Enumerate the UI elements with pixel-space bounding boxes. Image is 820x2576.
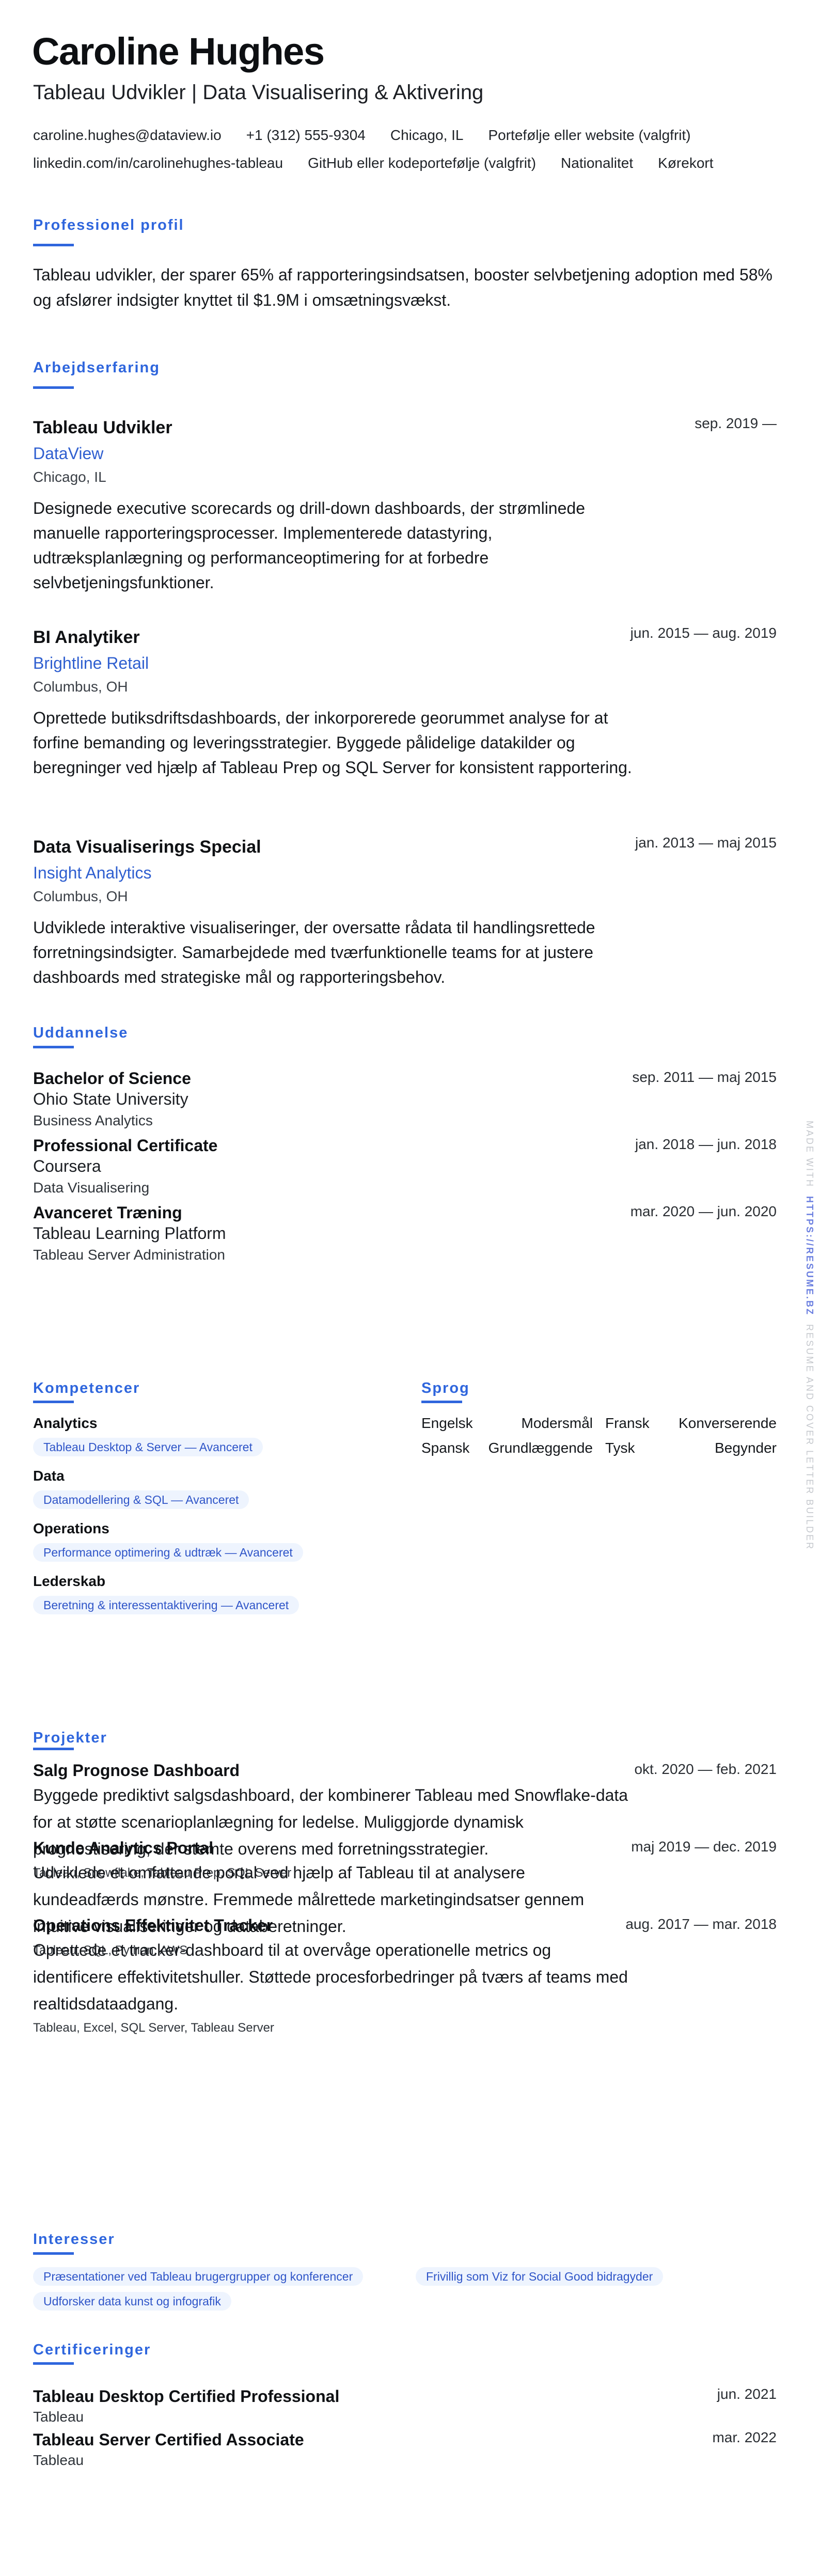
candidate-headline: Tableau Udvikler | Data Visualisering & … <box>33 78 483 106</box>
contact-email[interactable]: caroline.hughes@dataview.io <box>33 125 222 146</box>
contact-row-1: caroline.hughes@dataview.io +1 (312) 555… <box>33 125 787 146</box>
interest-pill: Udforsker data kunst og infografik <box>33 2292 231 2311</box>
job-location: Columbus, OH <box>33 886 128 907</box>
profile-summary: Tableau udvikler, der sparer 65% af rapp… <box>33 262 777 313</box>
section-divider <box>33 244 74 246</box>
builder-watermark: MADE WITH HTTPS://RESUME.BZ RESUME AND C… <box>795 1121 816 1554</box>
section-divider <box>33 1748 74 1750</box>
skill-pill: Performance optimering & udtræk — Avance… <box>33 1543 303 1562</box>
contact-location: Chicago, IL <box>390 125 464 146</box>
project-date: aug. 2017 — mar. 2018 <box>625 1914 777 1935</box>
section-title-projects: Projekter <box>33 1727 107 1748</box>
project-date: okt. 2020 — feb. 2021 <box>634 1759 777 1780</box>
job-description: Oprettede butiksdriftsdashboards, der in… <box>33 705 632 780</box>
language-level: Begynder <box>715 1438 777 1458</box>
certification-name: Tableau Desktop Certified Professional <box>33 2385 339 2408</box>
job-date: jan. 2013 — maj 2015 <box>635 833 777 853</box>
education-date: jan. 2018 — jun. 2018 <box>635 1134 777 1155</box>
language-level: Modersmål <box>522 1413 593 1434</box>
project-name: Operations Effektivitet Tracker <box>33 1914 273 1937</box>
degree: Avanceret Træning <box>33 1201 182 1224</box>
certification-date: jun. 2021 <box>717 2384 777 2405</box>
skill-pill: Beretning & interessentaktivering — Avan… <box>33 1596 299 1614</box>
project-name: Kunde Analytics Portal <box>33 1836 213 1859</box>
job-location: Chicago, IL <box>33 467 106 488</box>
watermark-suffix: RESUME AND COVER LETTER BUILDER <box>805 1324 815 1550</box>
contact-row-2: linkedin.com/in/carolinehughes-tableau G… <box>33 153 787 174</box>
degree: Bachelor of Science <box>33 1067 191 1090</box>
language-level: Grundlæggende <box>488 1438 593 1458</box>
section-divider <box>33 2362 74 2365</box>
watermark-prefix: MADE WITH <box>805 1121 815 1188</box>
job-description: Designede executive scorecards og drill-… <box>33 496 632 595</box>
language-name: Spansk <box>421 1438 469 1458</box>
job-title: BI Analytiker <box>33 626 140 649</box>
institution: Tableau Learning Platform <box>33 1222 226 1245</box>
field-of-study: Data Visualisering <box>33 1177 149 1198</box>
certification-issuer: Tableau <box>33 2407 84 2427</box>
skill-pill: Tableau Desktop & Server — Avanceret <box>33 1438 263 1456</box>
skill-category: Lederskab <box>33 1571 105 1592</box>
language-name: Tysk <box>605 1438 635 1458</box>
job-location: Columbus, OH <box>33 677 128 697</box>
section-title-certifications: Certificeringer <box>33 2339 151 2360</box>
skill-category: Analytics <box>33 1413 98 1434</box>
language-item: Engelsk Modersmål <box>421 1413 593 1434</box>
skill-category: Operations <box>33 1518 109 1539</box>
institution: Ohio State University <box>33 1088 188 1110</box>
contact-github[interactable]: GitHub eller kodeportefølje (valgfrit) <box>308 153 536 174</box>
language-item: Spansk Grundlæggende <box>421 1438 593 1458</box>
project-description: Oprettede et tracker-dashboard til at ov… <box>33 1937 632 2017</box>
section-divider <box>33 2252 74 2255</box>
job-company: Insight Analytics <box>33 861 151 884</box>
project-date: maj 2019 — dec. 2019 <box>631 1836 777 1857</box>
contact-phone[interactable]: +1 (312) 555-9304 <box>246 125 366 146</box>
interest-pill: Frivillig som Viz for Social Good bidrag… <box>416 2267 663 2286</box>
section-divider <box>33 1401 74 1403</box>
field-of-study: Tableau Server Administration <box>33 1245 225 1265</box>
education-date: sep. 2011 — maj 2015 <box>632 1067 777 1088</box>
language-row: Engelsk Modersmål Fransk Konverserende <box>421 1413 777 1434</box>
job-date: jun. 2015 — aug. 2019 <box>630 623 777 643</box>
contact-portfolio[interactable]: Portefølje eller website (valgfrit) <box>488 125 690 146</box>
section-title-profile: Professionel profil <box>33 215 184 235</box>
project-name: Salg Prognose Dashboard <box>33 1759 240 1782</box>
language-item: Tysk Begynder <box>605 1438 777 1458</box>
section-title-education: Uddannelse <box>33 1023 128 1043</box>
education-date: mar. 2020 — jun. 2020 <box>630 1201 777 1222</box>
job-title: Data Visualiserings Special <box>33 836 261 858</box>
institution: Coursera <box>33 1155 101 1177</box>
contact-nationality: Nationalitet <box>561 153 633 174</box>
language-level: Konverserende <box>679 1413 777 1434</box>
language-item: Fransk Konverserende <box>605 1413 777 1434</box>
skill-category: Data <box>33 1466 65 1486</box>
interest-pill: Præsentationer ved Tableau brugergrupper… <box>33 2267 363 2286</box>
language-row: Spansk Grundlæggende Tysk Begynder <box>421 1438 777 1458</box>
job-description: Udviklede interaktive visualiseringer, d… <box>33 915 632 989</box>
project-technologies: Tableau, Excel, SQL Server, Tableau Serv… <box>33 2019 274 2037</box>
job-title: Tableau Udvikler <box>33 416 172 439</box>
watermark-link[interactable]: HTTPS://RESUME.BZ <box>805 1196 815 1316</box>
field-of-study: Business Analytics <box>33 1110 153 1131</box>
certification-date: mar. 2022 <box>712 2427 777 2448</box>
job-company: DataView <box>33 442 103 465</box>
job-company: Brightline Retail <box>33 652 149 674</box>
section-divider <box>421 1401 462 1403</box>
section-title-interests: Interesser <box>33 2229 115 2250</box>
skill-pill: Datamodellering & SQL — Avanceret <box>33 1490 249 1509</box>
section-title-skills: Kompetencer <box>33 1378 140 1399</box>
certification-name: Tableau Server Certified Associate <box>33 2428 304 2451</box>
section-divider <box>33 386 74 389</box>
language-name: Fransk <box>605 1413 650 1434</box>
contact-linkedin[interactable]: linkedin.com/in/carolinehughes-tableau <box>33 153 283 174</box>
candidate-name: Caroline Hughes <box>32 27 324 76</box>
section-divider <box>33 1046 74 1048</box>
section-title-experience: Arbejdserfaring <box>33 357 160 378</box>
degree: Professional Certificate <box>33 1134 217 1157</box>
language-name: Engelsk <box>421 1413 473 1434</box>
certification-issuer: Tableau <box>33 2450 84 2471</box>
contact-drivers-license: Kørekort <box>658 153 713 174</box>
job-date: sep. 2019 — <box>695 413 777 434</box>
section-title-languages: Sprog <box>421 1378 470 1399</box>
